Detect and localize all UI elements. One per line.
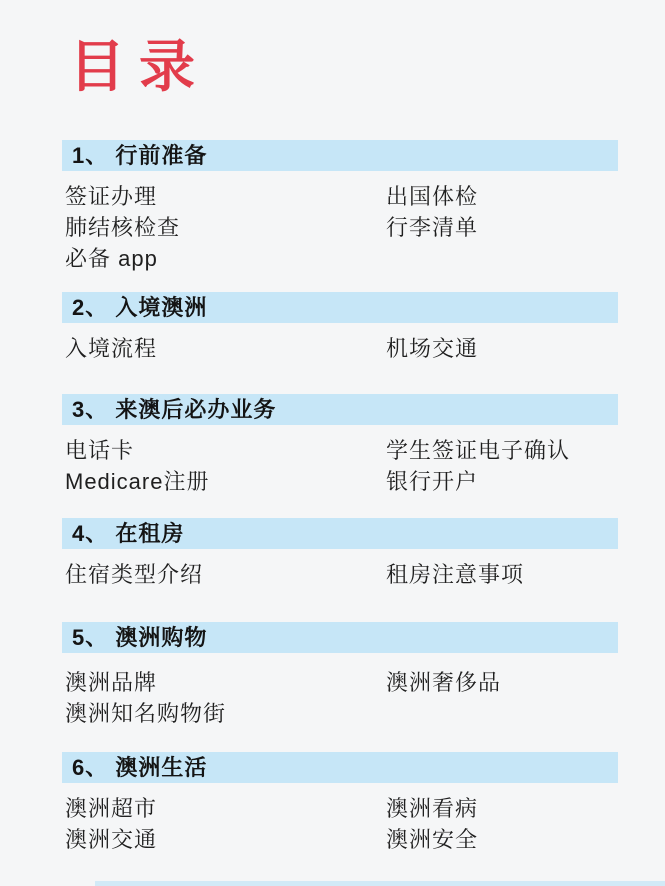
toc-section-3: 3、 来澳后必办业务 电话卡 Medicare注册 学生签证电子确认 银行开户 xyxy=(62,394,618,497)
toc-section-2: 2、 入境澳洲 入境流程 机场交通 xyxy=(62,292,618,364)
toc-page: 目录 1、 行前准备 签证办理 肺结核检查 必备 app 出国体检 行李清单 2… xyxy=(0,0,665,886)
toc-item: Medicare注册 xyxy=(65,466,340,497)
section-items: 澳洲品牌 澳洲知名购物街 澳洲奢侈品 xyxy=(62,667,618,729)
toc-section-1: 1、 行前准备 签证办理 肺结核检查 必备 app 出国体检 行李清单 xyxy=(62,140,618,274)
section-header: 3、 来澳后必办业务 xyxy=(62,394,618,425)
section-items: 签证办理 肺结核检查 必备 app 出国体检 行李清单 xyxy=(62,181,618,274)
toc-item: 住宿类型介绍 xyxy=(65,559,340,590)
items-column-right: 出国体检 行李清单 xyxy=(340,181,618,274)
page-title: 目录 xyxy=(69,36,209,98)
items-column-right: 租房注意事项 xyxy=(340,559,618,590)
items-column-right: 澳洲奢侈品 xyxy=(340,667,618,729)
toc-item: 租房注意事项 xyxy=(386,559,618,590)
toc-section-5: 5、 澳洲购物 澳洲品牌 澳洲知名购物街 澳洲奢侈品 xyxy=(62,622,618,729)
items-column-left: 澳洲品牌 澳洲知名购物街 xyxy=(62,667,340,729)
toc-item: 学生签证电子确认 xyxy=(386,435,618,466)
toc-section-6: 6、 澳洲生活 澳洲超市 澳洲交通 澳洲看病 澳洲安全 xyxy=(62,752,618,855)
toc-item: 澳洲品牌 xyxy=(65,667,340,698)
section-header: 5、 澳洲购物 xyxy=(62,622,618,653)
items-column-left: 电话卡 Medicare注册 xyxy=(62,435,340,497)
items-column-left: 住宿类型介绍 xyxy=(62,559,340,590)
toc-item: 澳洲超市 xyxy=(65,793,340,824)
section-header: 1、 行前准备 xyxy=(62,140,618,171)
items-column-right: 机场交通 xyxy=(340,333,618,364)
toc-item: 行李清单 xyxy=(386,212,618,243)
toc-item: 必备 app xyxy=(65,243,340,274)
section-items: 澳洲超市 澳洲交通 澳洲看病 澳洲安全 xyxy=(62,793,618,855)
toc-item: 澳洲交通 xyxy=(65,824,340,855)
next-section-bar-partial xyxy=(95,881,665,886)
section-items: 电话卡 Medicare注册 学生签证电子确认 银行开户 xyxy=(62,435,618,497)
section-header: 6、 澳洲生活 xyxy=(62,752,618,783)
section-header: 4、 在租房 xyxy=(62,518,618,549)
items-column-left: 入境流程 xyxy=(62,333,340,364)
toc-item: 澳洲安全 xyxy=(386,824,618,855)
items-column-left: 澳洲超市 澳洲交通 xyxy=(62,793,340,855)
toc-item: 肺结核检查 xyxy=(65,212,340,243)
toc-item: 银行开户 xyxy=(386,466,618,497)
toc-item: 出国体检 xyxy=(386,181,618,212)
section-items: 入境流程 机场交通 xyxy=(62,333,618,364)
toc-item: 签证办理 xyxy=(65,181,340,212)
toc-item: 澳洲知名购物街 xyxy=(65,698,340,729)
toc-item: 入境流程 xyxy=(65,333,340,364)
toc-item: 澳洲看病 xyxy=(386,793,618,824)
toc-item: 电话卡 xyxy=(65,435,340,466)
toc-item: 机场交通 xyxy=(386,333,618,364)
toc-section-4: 4、 在租房 住宿类型介绍 租房注意事项 xyxy=(62,518,618,590)
items-column-right: 澳洲看病 澳洲安全 xyxy=(340,793,618,855)
toc-item: 澳洲奢侈品 xyxy=(386,667,618,698)
items-column-right: 学生签证电子确认 银行开户 xyxy=(340,435,618,497)
items-column-left: 签证办理 肺结核检查 必备 app xyxy=(62,181,340,274)
section-header: 2、 入境澳洲 xyxy=(62,292,618,323)
section-items: 住宿类型介绍 租房注意事项 xyxy=(62,559,618,590)
